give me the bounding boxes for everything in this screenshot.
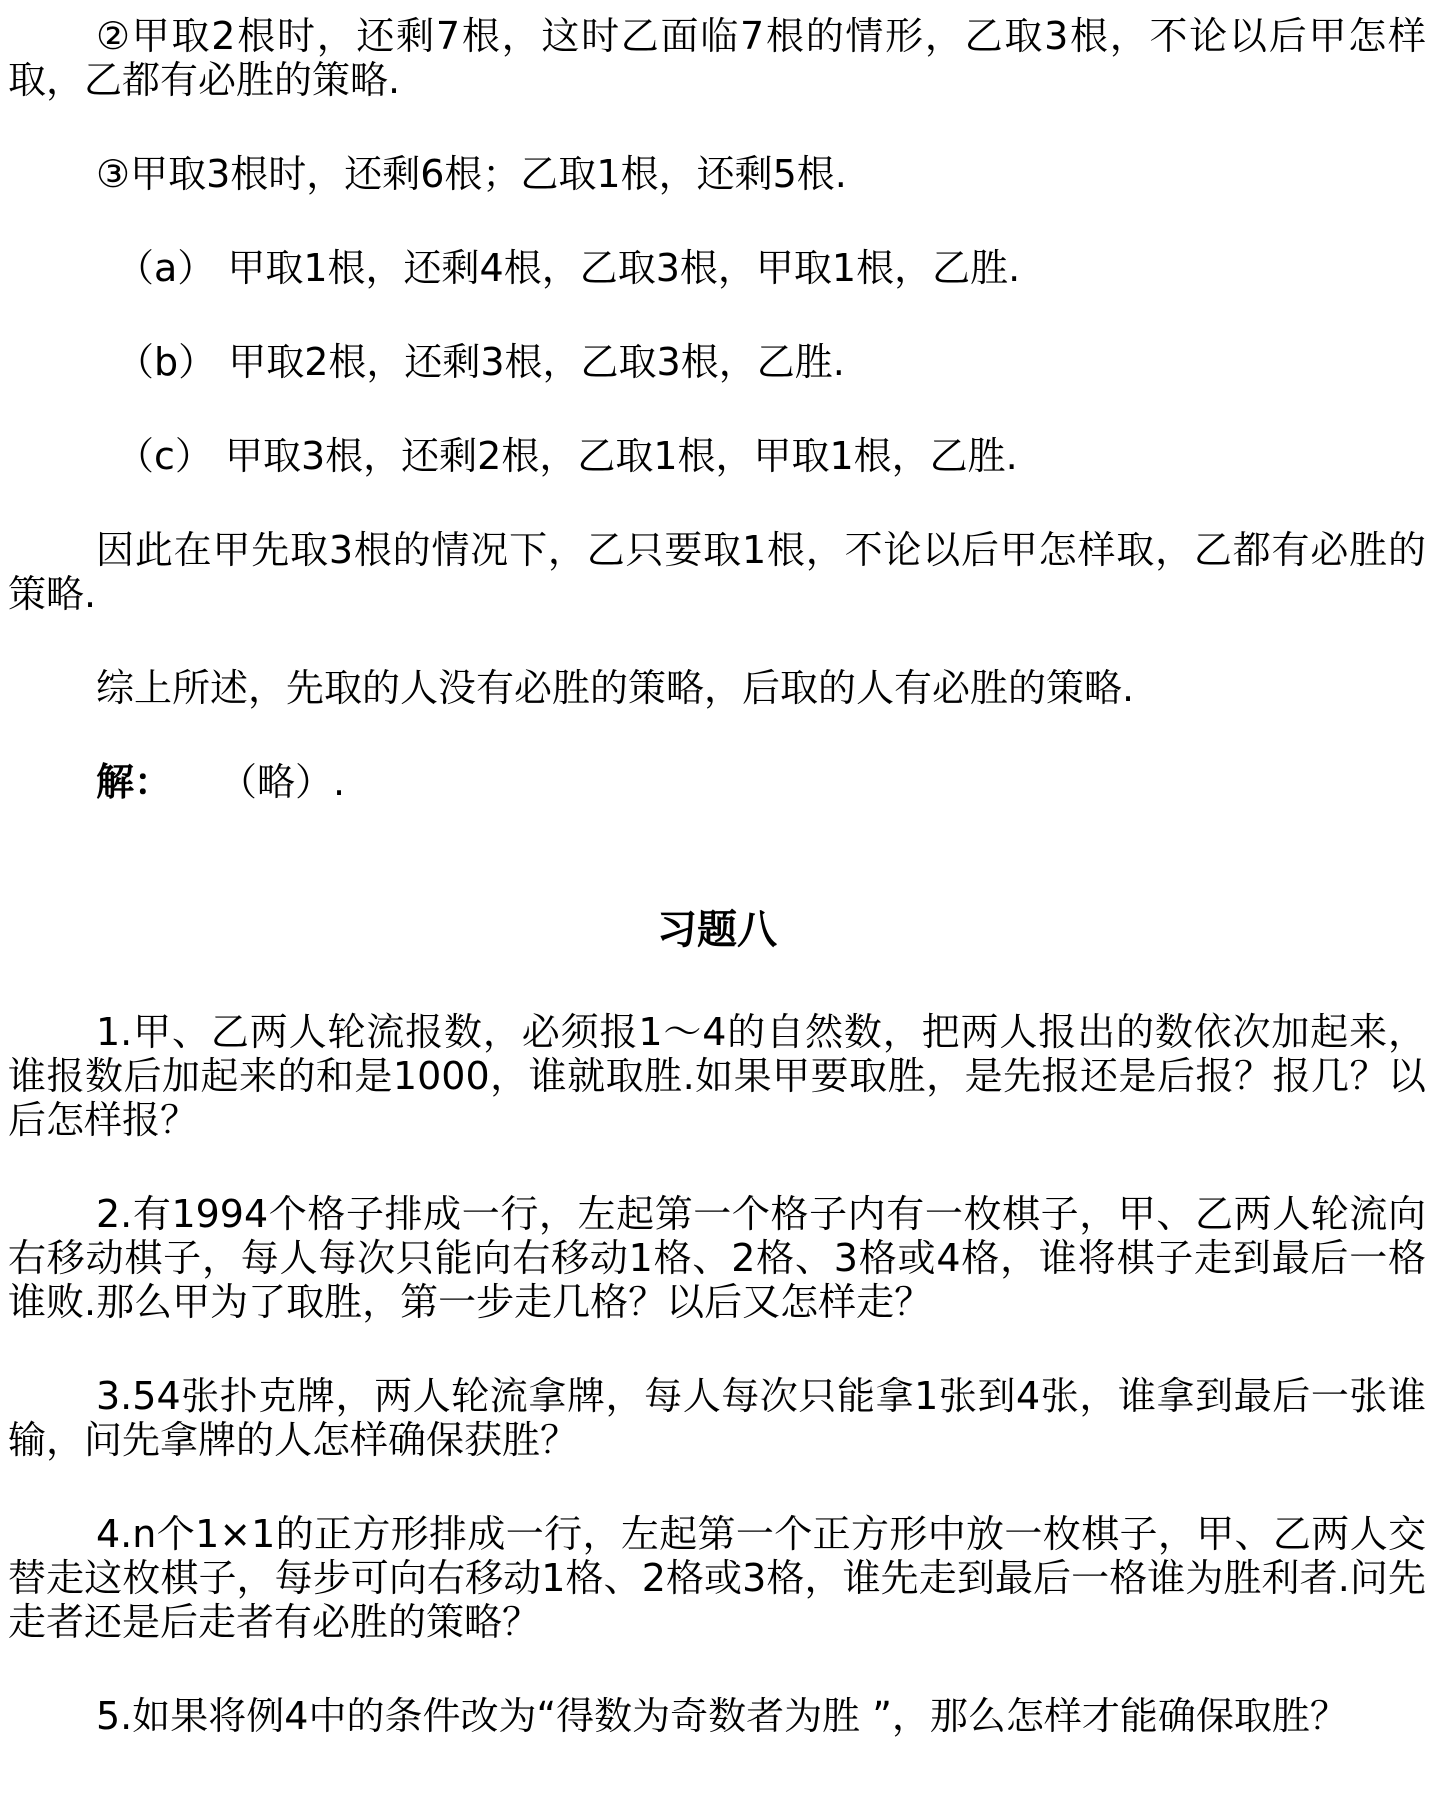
solution-case-3: ③甲取3根时，还剩6根；乙取1根，还剩5根. [8,152,1426,196]
problem-3-number: 3. [96,1374,132,1418]
solution-section: ②甲取2根时，还剩7根，这时乙面临7根的情形，乙取3根，不论以后甲怎样取，乙都有… [8,14,1426,804]
problem-5: 5.如果将例4中的条件改为“得数为奇数者为胜 ”，那么怎样才能确保取胜？ [8,1694,1426,1738]
problem-1-text: 甲、乙两人轮流报数，必须报1～4的自然数，把两人报出的数依次加起来，谁报数后加起… [8,1010,1426,1142]
problem-5-text: 如果将例4中的条件改为“得数为奇数者为胜 ”，那么怎样才能确保取胜？ [132,1694,1348,1738]
problem-3-text: 54张扑克牌，两人轮流拿牌，每人每次只能拿1张到4张，谁拿到最后一张谁输，问先拿… [8,1374,1426,1462]
problem-4-text: n个1×1的正方形排成一行，左起第一个正方形中放一枚棋子，甲、乙两人交替走这枚棋… [8,1512,1426,1644]
document-page: ②甲取2根时，还剩7根，这时乙面临7根的情形，乙取3根，不论以后甲怎样取，乙都有… [0,0,1436,1814]
exercises-heading: 习题八 [8,908,1426,952]
answer-label: 解： [96,760,172,804]
answer-line: 解：（略）. [8,760,1426,804]
answer-text: （略）. [238,760,345,804]
problem-2: 2.有1994个格子排成一行，左起第一个格子内有一枚棋子，甲、乙两人轮流向右移动… [8,1192,1426,1324]
exercises-section: 1.甲、乙两人轮流报数，必须报1～4的自然数，把两人报出的数依次加起来，谁报数后… [8,1010,1426,1738]
solution-case-3a: （a） 甲取1根，还剩4根，乙取3根，甲取1根，乙胜. [8,246,1426,290]
problem-2-text: 有1994个格子排成一行，左起第一个格子内有一枚棋子，甲、乙两人轮流向右移动棋子… [8,1192,1426,1324]
problem-4-number: 4. [96,1512,132,1556]
problem-1: 1.甲、乙两人轮流报数，必须报1～4的自然数，把两人报出的数依次加起来，谁报数后… [8,1010,1426,1142]
solution-conclusion: 因此在甲先取3根的情况下，乙只要取1根，不论以后甲怎样取，乙都有必胜的策略. [8,528,1426,616]
solution-case-3b: （b） 甲取2根，还剩3根，乙取3根，乙胜. [8,340,1426,384]
problem-4: 4.n个1×1的正方形排成一行，左起第一个正方形中放一枚棋子，甲、乙两人交替走这… [8,1512,1426,1644]
problem-1-number: 1. [96,1010,132,1054]
problem-2-number: 2. [96,1192,132,1236]
problem-5-number: 5. [96,1694,132,1738]
solution-case-2: ②甲取2根时，还剩7根，这时乙面临7根的情形，乙取3根，不论以后甲怎样取，乙都有… [8,14,1426,102]
problem-3: 3.54张扑克牌，两人轮流拿牌，每人每次只能拿1张到4张，谁拿到最后一张谁输，问… [8,1374,1426,1462]
solution-summary: 综上所述，先取的人没有必胜的策略，后取的人有必胜的策略. [8,666,1426,710]
solution-case-3c: （c） 甲取3根，还剩2根，乙取1根，甲取1根，乙胜. [8,434,1426,478]
